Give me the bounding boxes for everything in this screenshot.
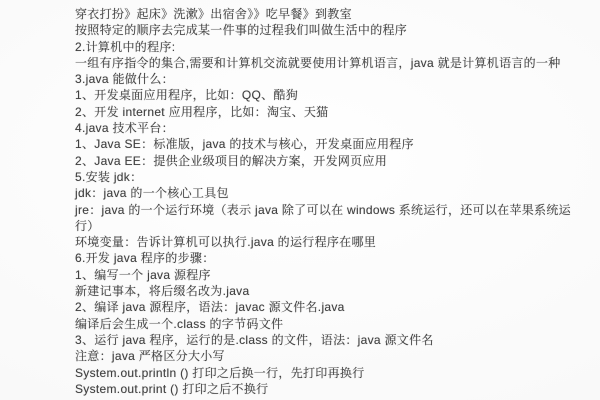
section-heading: 4.java 技术平台： [75, 120, 537, 136]
section-heading: 5.安装 jdk： [75, 169, 537, 185]
text-line: 按照特定的顺序去完成某一件事的过程我们叫做生活中的程序 [75, 22, 537, 38]
section-heading: 6.开发 java 程序的步骤： [75, 250, 537, 266]
code-line: System.out.print () 打印之后不换行 [75, 381, 537, 397]
text-line: 编译后会生成一个.class 的字节码文件 [75, 316, 537, 332]
section-heading: 2.计算机中的程序: [75, 39, 537, 55]
list-item: 1、Java SE：标准版，java 的技术与核心，开发桌面应用程序 [75, 136, 537, 152]
text-line: 穿衣打扮》起床》洗漱》出宿舍》》吃早餐》到教室 [75, 6, 537, 22]
definition-line: jdk：java 的一个核心工具包 [75, 185, 537, 201]
text-line: 一组有序指令的集合,需要和计算机交流就要使用计算机语言，java 就是计算机语言… [75, 55, 537, 71]
list-item: 2、Java EE：提供企业级项目的解决方案，开发网页应用 [75, 153, 537, 169]
code-line: System.out.println () 打印之后换一行，先打印再换行 [75, 365, 537, 381]
definition-line-continuation: 行） [75, 218, 537, 234]
document-photo-page: 穿衣打扮》起床》洗漱》出宿舍》》吃早餐》到教室 按照特定的顺序去完成某一件事的过… [0, 0, 600, 400]
definition-line: 环境变量：告诉计算机可以执行.java 的运行程序在哪里 [75, 234, 537, 250]
list-item: 3、运行 java 程序，运行的是.class 的文件，语法：java 源文件名 [75, 332, 537, 348]
list-item: 2、开发 internet 应用程序，比如：淘宝、天猫 [75, 104, 537, 120]
text-line: 新建记事本，将后缀名改为.java [75, 283, 537, 299]
definition-line: jre：java 的一个运行环境（表示 java 除了可以在 windows 系… [75, 202, 537, 218]
list-item: 2、编译 java 源程序，语法：javac 源文件名.java [75, 299, 537, 315]
section-heading: 3.java 能做什么： [75, 71, 537, 87]
note-line: 注意：java 严格区分大小写 [75, 348, 537, 364]
list-item: 1、编写一个 java 源程序 [75, 267, 537, 283]
notes-text-block: 穿衣打扮》起床》洗漱》出宿舍》》吃早餐》到教室 按照特定的顺序去完成某一件事的过… [75, 6, 537, 397]
list-item: 1、开发桌面应用程序，比如：QQ、酷狗 [75, 87, 537, 103]
